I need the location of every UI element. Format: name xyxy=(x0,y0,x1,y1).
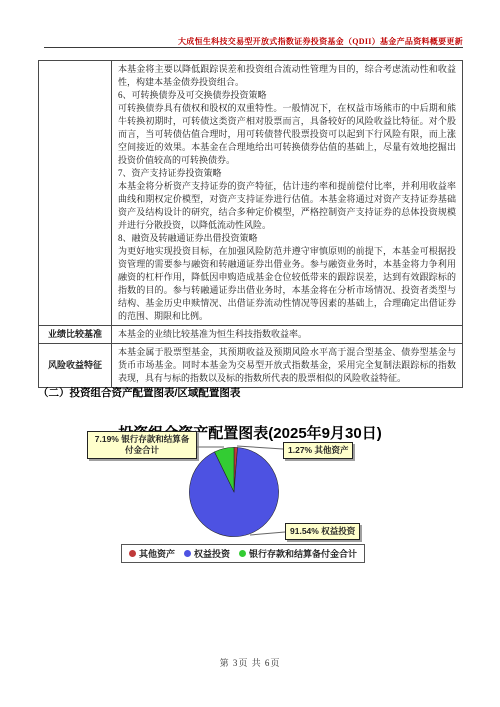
legend-label: 权益投资 xyxy=(194,547,230,560)
asset-allocation-chart: 投资组合资产配置图表(2025年9月30日) 7.19% 银行存款和结算备付金合… xyxy=(85,418,415,578)
fund-info-table: 本基金将主要以降低跟踪误差和投资组合流动性管理为目的，综合考虑流动性和收益性，构… xyxy=(38,60,463,388)
pie-chart xyxy=(188,446,280,538)
risk-return-content: 本基金属于股票型基金，其预期收益及预期风险水平高于混合型基金、债券型基金与货币市… xyxy=(112,344,463,388)
strategy-paragraph: 本基金将主要以降低跟踪误差和投资组合流动性管理为目的，综合考虑流动性和收益性，构… xyxy=(118,63,456,89)
legend-label: 银行存款和结算备付金合计 xyxy=(249,547,357,560)
table-row: 风险收益特征 本基金属于股票型基金，其预期收益及预期风险水平高于混合型基金、债券… xyxy=(39,344,463,388)
legend-dot-bank-deposits-icon xyxy=(239,550,246,557)
strategy-cell: 本基金将主要以降低跟踪误差和投资组合流动性管理为目的，综合考虑流动性和收益性，构… xyxy=(112,61,463,326)
callout-bank-deposits: 7.19% 银行存款和结算备付金合计 xyxy=(87,431,197,459)
header-title: 大成恒生科技交易型开放式指数证券投资基金（QDII）基金产品资料概要更新 xyxy=(38,36,463,47)
document-page: 大成恒生科技交易型开放式指数证券投资基金（QDII）基金产品资料概要更新 本基金… xyxy=(0,0,500,707)
legend-item-other-assets: 其他资产 xyxy=(129,547,175,560)
strategy-paragraph: 7、资产支持证券投资策略 xyxy=(118,167,456,180)
row-label-benchmark: 业绩比较基准 xyxy=(39,326,112,344)
legend-item-equity: 权益投资 xyxy=(184,547,230,560)
section-heading: （二）投资组合资产配置图表/区域配置图表 xyxy=(38,385,240,400)
header-rule xyxy=(44,47,463,48)
pie-svg xyxy=(188,446,280,538)
callout-equity: 91.54% 权益投资 xyxy=(285,523,360,540)
strategy-paragraph: 6、可转换债券及可交换债券投资策略 xyxy=(118,89,456,102)
legend-label: 其他资产 xyxy=(139,547,175,560)
chart-legend: 其他资产 权益投资 银行存款和结算备付金合计 xyxy=(121,544,365,563)
row-label-empty xyxy=(39,61,112,326)
row-label-risk-return: 风险收益特征 xyxy=(39,344,112,388)
callout-other-assets: 1.27% 其他资产 xyxy=(283,442,353,459)
page-number: 第 3页 共 6页 xyxy=(0,656,500,669)
legend-item-bank-deposits: 银行存款和结算备付金合计 xyxy=(239,547,357,560)
strategy-paragraph: 为更好地实现投资目标，在加强风险防范并遵守审慎原则的前提下，本基金可根据投资管理… xyxy=(118,245,456,323)
strategy-paragraph: 8、融资及转融通证券出借投资策略 xyxy=(118,232,456,245)
legend-dot-equity-icon xyxy=(184,550,191,557)
table-row: 本基金将主要以降低跟踪误差和投资组合流动性管理为目的，综合考虑流动性和收益性，构… xyxy=(39,61,463,326)
strategy-paragraph: 可转换债券具有债权和股权的双重特性。一般情况下，在权益市场熊市的中后期和熊牛转换… xyxy=(118,102,456,167)
legend-dot-other-assets-icon xyxy=(129,550,136,557)
table-row: 业绩比较基准 本基金的业绩比较基准为恒生科技指数收益率。 xyxy=(39,326,463,344)
benchmark-content: 本基金的业绩比较基准为恒生科技指数收益率。 xyxy=(112,326,463,344)
strategy-paragraph: 本基金将分析资产支持证券的资产特征，估计违约率和提前偿付比率，并利用收益率曲线和… xyxy=(118,180,456,232)
